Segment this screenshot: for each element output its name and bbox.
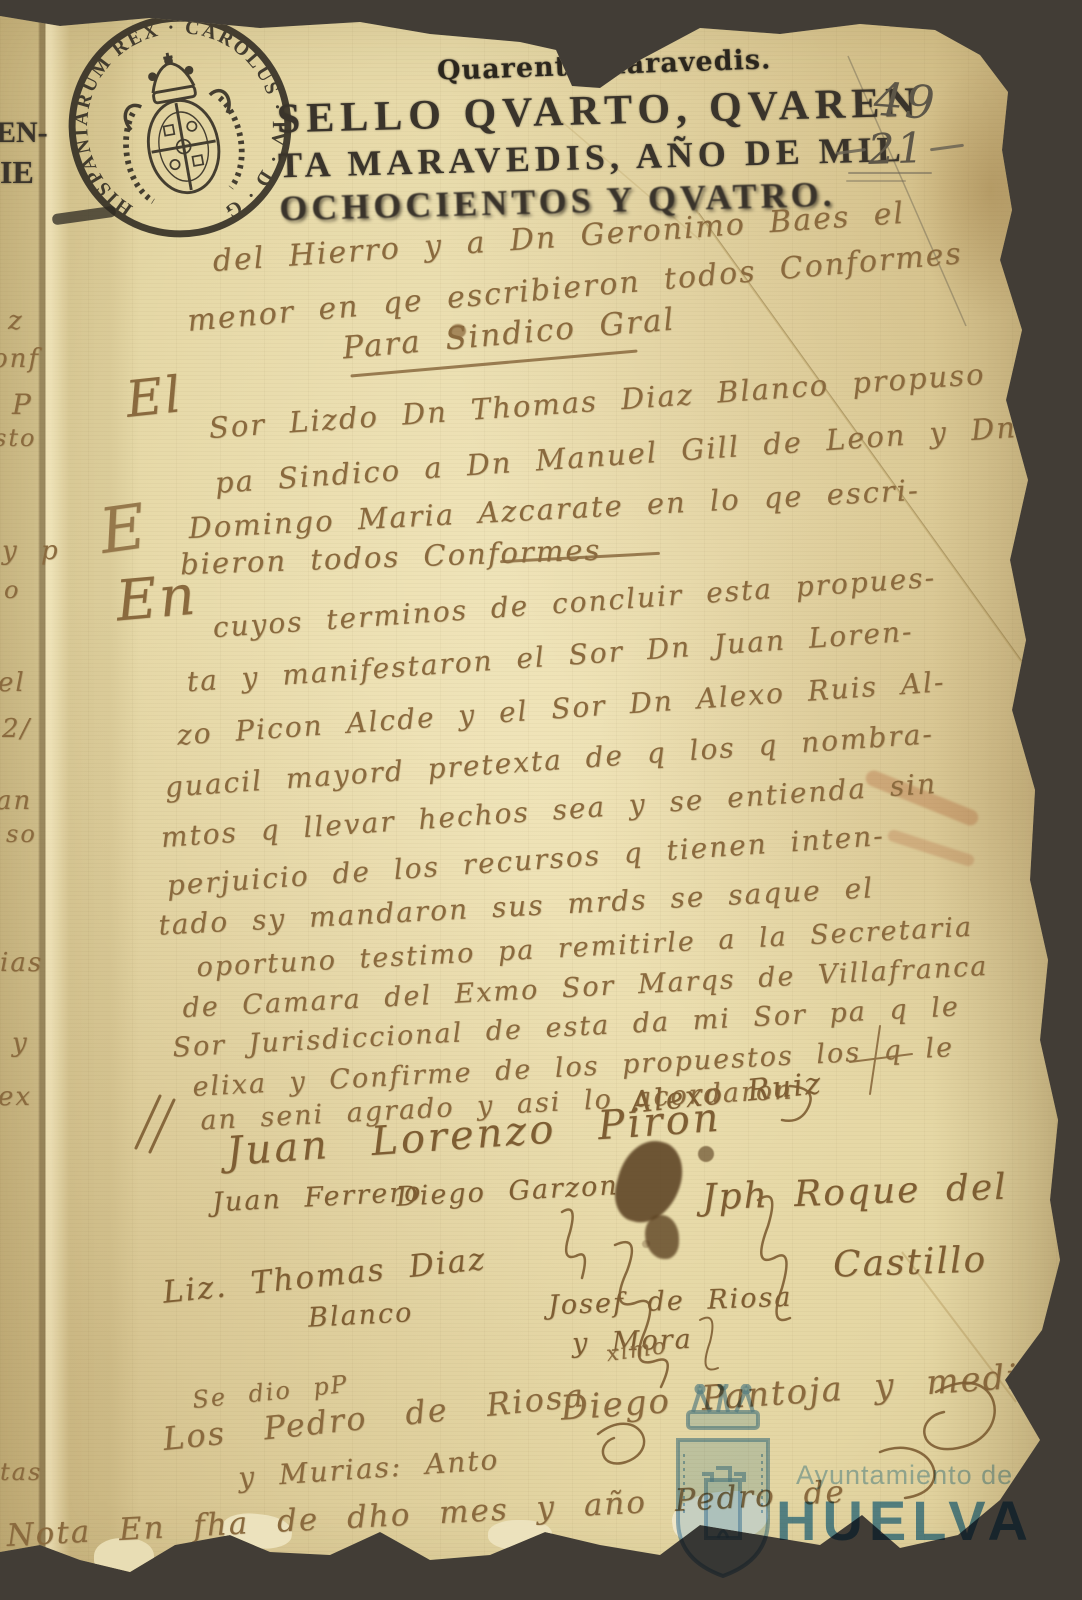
svg-text:HISPANIARUM REX · CAROLUS · IV: HISPANIARUM REX · CAROLUS · IV · D · G · bbox=[46, 0, 307, 250]
paragraph-initial: En bbox=[113, 563, 199, 635]
left-edge-fragment: P bbox=[12, 388, 33, 421]
left-edge-fragment: IE bbox=[0, 154, 34, 191]
manuscript-line: Diego Pantoja y medio bbox=[559, 1355, 1043, 1429]
ink-blot bbox=[608, 1133, 690, 1230]
royal-seal-stamp: HISPANIARUM REX · CAROLUS · IV · D · G · bbox=[46, 0, 315, 260]
pencil-dash bbox=[846, 180, 906, 182]
pencil-dash bbox=[848, 172, 932, 174]
ink-blot bbox=[645, 1215, 679, 1259]
left-edge-fragment: an bbox=[0, 786, 32, 816]
left-edge-fragment: o bbox=[4, 576, 20, 604]
left-edge-fragment: y bbox=[12, 1028, 29, 1058]
paragraph-initial: El bbox=[123, 365, 185, 429]
left-edge-fragment: y p bbox=[2, 536, 60, 566]
left-edge-fragment: z bbox=[8, 306, 24, 336]
left-edge-fragment: EN- bbox=[0, 116, 48, 150]
folio-number-secondary: 21 bbox=[867, 123, 926, 174]
left-edge-fragment: ex bbox=[0, 1082, 32, 1112]
archival-document-scan: EN- IE z onf P sto y p o el 2/ an so ias… bbox=[0, 0, 1082, 1600]
left-edge-fragment: el bbox=[0, 668, 26, 698]
left-edge-fragment: tas bbox=[0, 1458, 42, 1486]
left-edge-fragment: sto bbox=[0, 424, 36, 452]
coat-of-arms bbox=[111, 43, 249, 205]
signature: Liz. Thomas Diaz bbox=[161, 1241, 488, 1311]
ink-blot bbox=[698, 1146, 714, 1162]
signature: Blanco bbox=[307, 1297, 414, 1333]
signature: Diego Garzon bbox=[395, 1170, 619, 1213]
left-edge-fragment: 2/ bbox=[2, 714, 31, 744]
stain bbox=[886, 828, 975, 867]
seal-circular-text: HISPANIARUM REX · CAROLUS · IV · D · G · bbox=[46, 0, 307, 250]
left-edge-fragment: onf bbox=[0, 344, 40, 374]
tax-stamp-label: Quarenta maravedis. bbox=[437, 44, 772, 87]
signature: Castillo bbox=[832, 1239, 988, 1285]
left-edge-fragment: ias bbox=[0, 948, 43, 978]
signature: Juan Ferrero bbox=[211, 1177, 423, 1219]
folio-number: 49 bbox=[872, 72, 938, 130]
margin-initial: E bbox=[95, 489, 152, 568]
paper-sheet: EN- IE z onf P sto y p o el 2/ an so ias… bbox=[0, 0, 1082, 1600]
pencil-dash bbox=[930, 144, 964, 152]
signature: Josef de Riosa bbox=[548, 1282, 793, 1322]
manuscript-line: Nota En fha de dho mes y año Pedro de bbox=[6, 1474, 847, 1554]
signature: Jph Roque del bbox=[701, 1167, 1008, 1219]
left-edge-fragment: so bbox=[6, 820, 37, 848]
manuscript-line: y Murias: Anto bbox=[237, 1443, 500, 1494]
